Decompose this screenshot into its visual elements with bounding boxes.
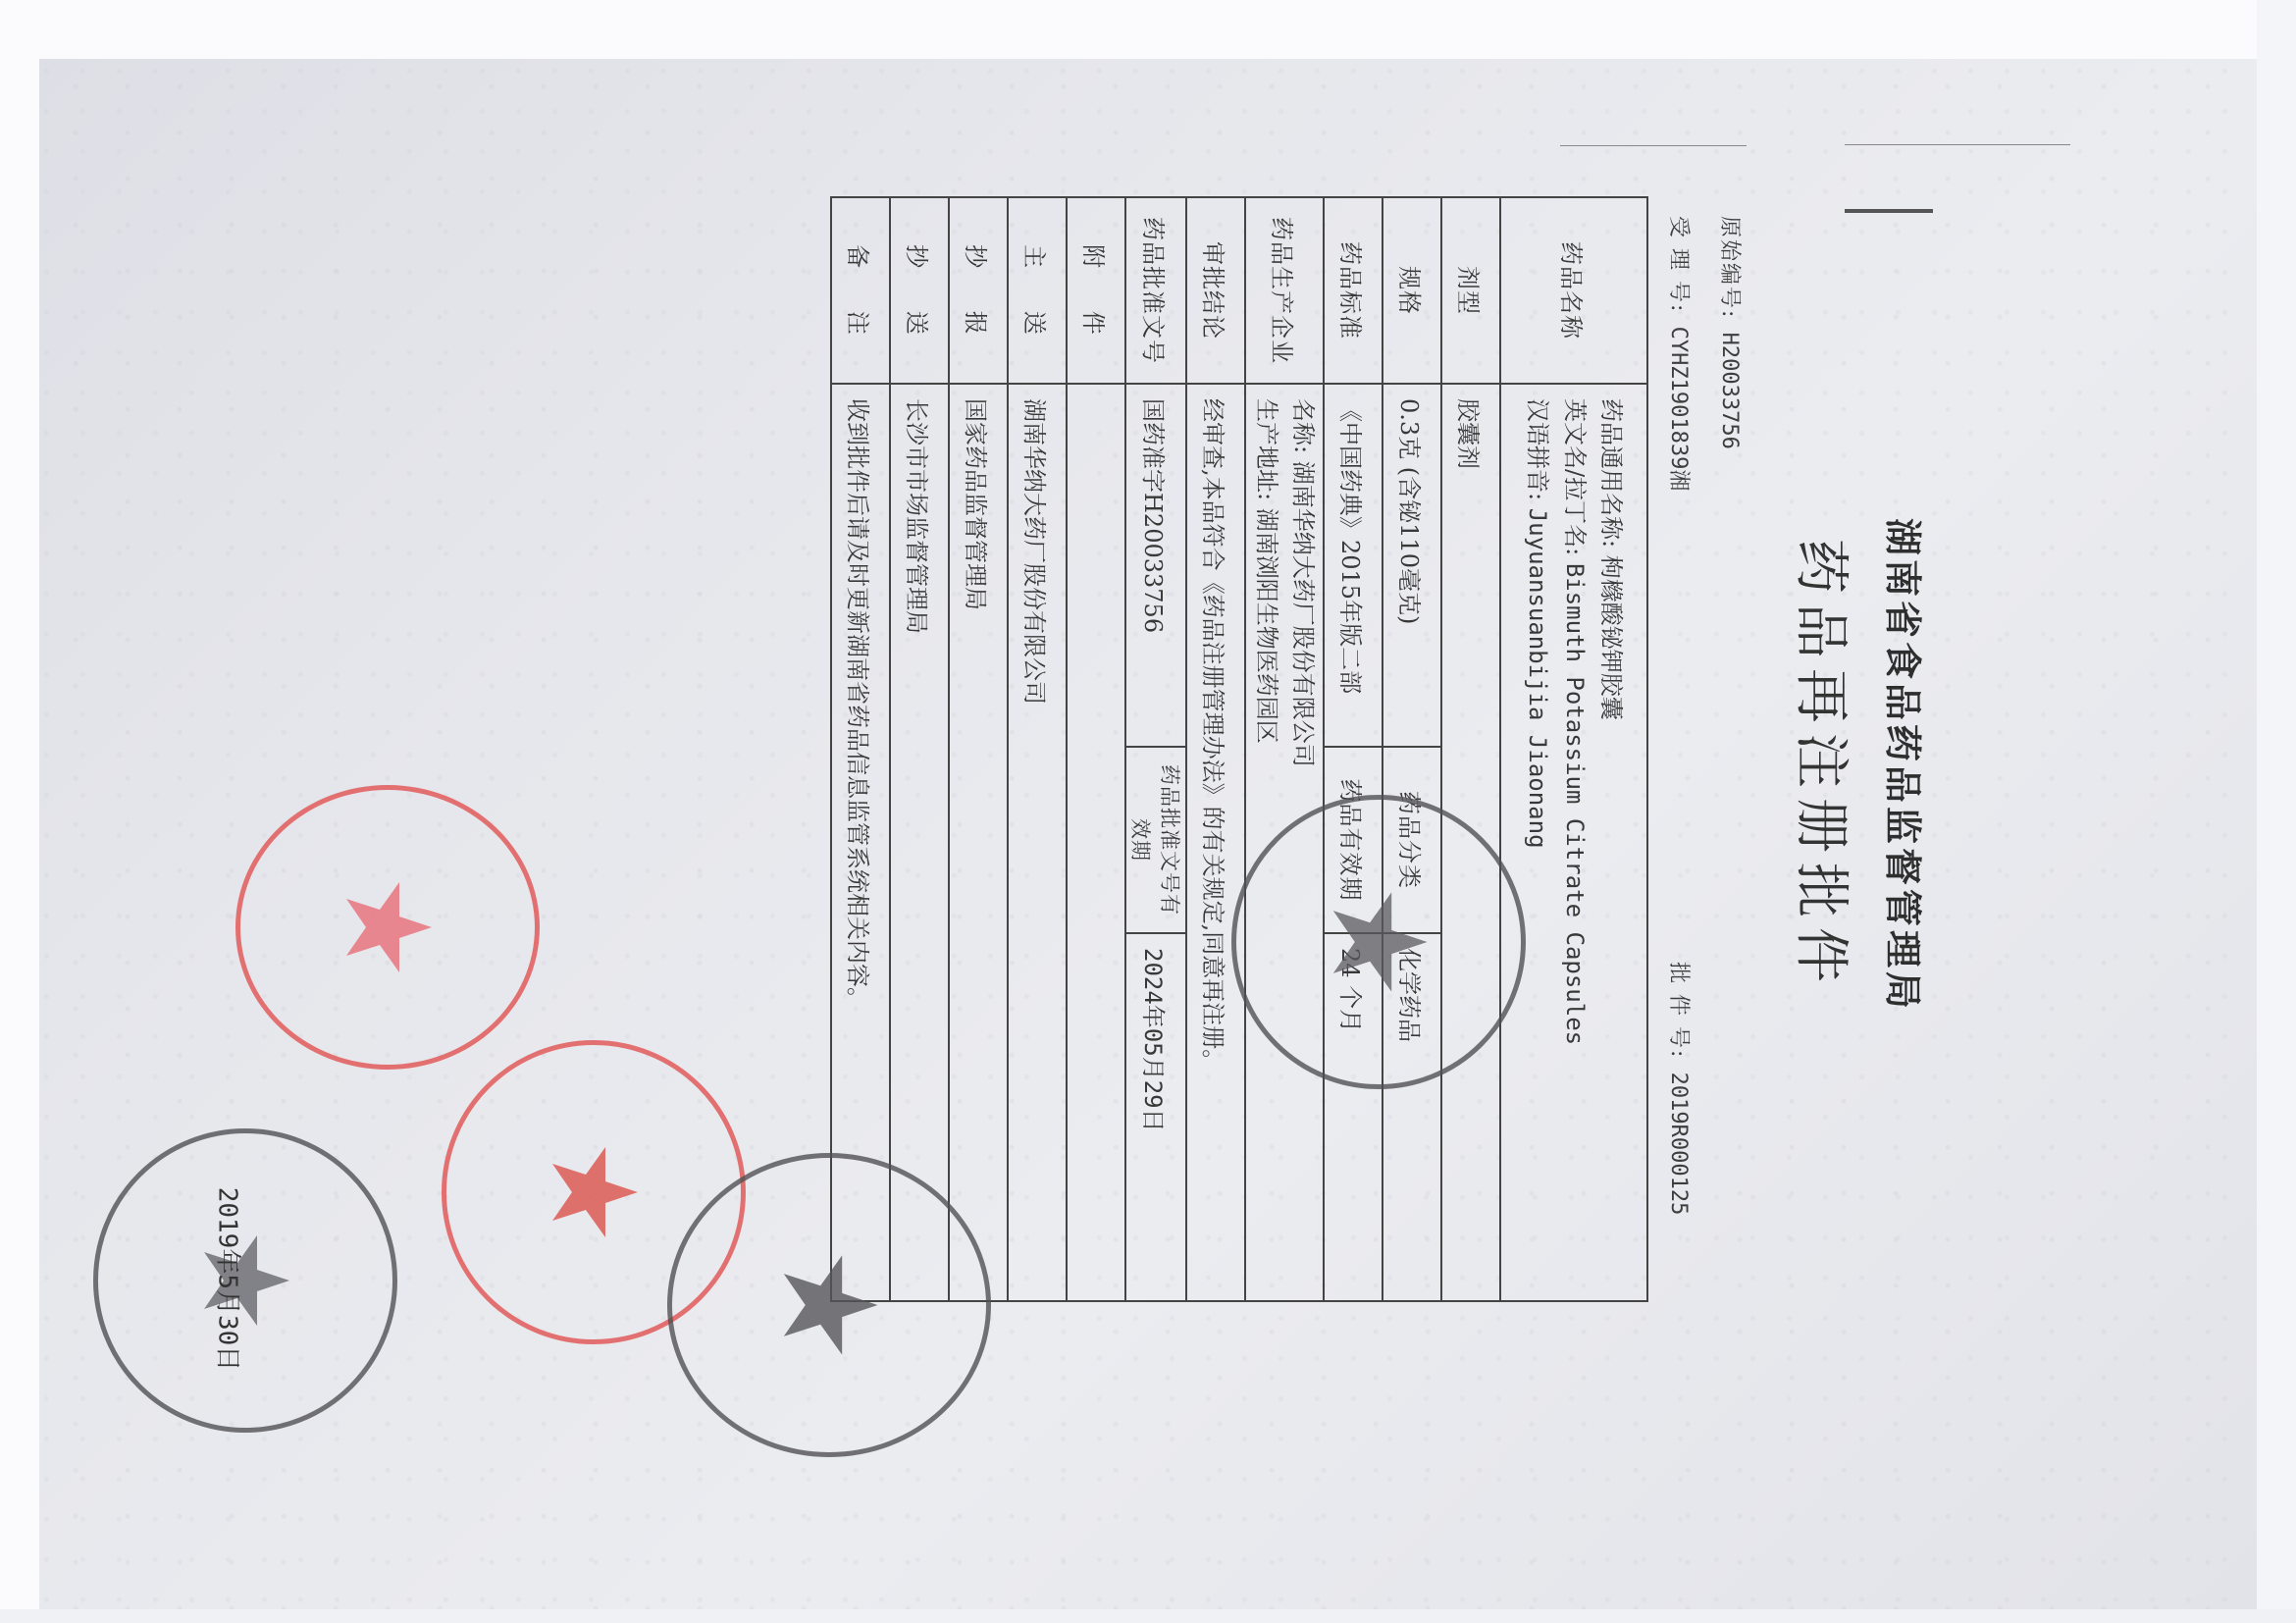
generic-name-value: 枸橼酸铋钾胶囊 <box>1597 555 1625 720</box>
acceptance-number: 受 理 号: CYHZ1901839湘 <box>1665 216 1696 491</box>
table-row-drug-name: 药品名称 药品通用名称: 枸橼酸铋钾胶囊 英文名/拉丁名: Bismuth Po… <box>1500 197 1647 1301</box>
conclusion-label: 审批结论 <box>1186 197 1245 384</box>
scanner-edge-right <box>2257 0 2296 1623</box>
pinyin-value: Juyuansuanbijia Jiaonang <box>1524 508 1551 849</box>
copy-to-value: 长沙市市场监督管理局 <box>890 384 949 1301</box>
drug-category-label: 药品分类 <box>1383 747 1441 933</box>
generic-name-label: 药品通用名称: <box>1597 398 1625 548</box>
drug-category-value: 化学药品 <box>1383 933 1441 1301</box>
conclusion-value: 经审查,本品符合《药品注册管理办法》的有关规定,同意再注册。 <box>1186 384 1245 1301</box>
main-recipient-label: 主 送 <box>1008 197 1067 384</box>
original-number-value: H20033756 <box>1717 333 1742 449</box>
scanner-edge-bottom <box>0 1609 2296 1623</box>
manufacturer-cell: 名称: 湖南华纳大药厂股份有限公司 生产地址: 湖南浏阳生物医药园区 <box>1245 384 1324 1301</box>
approval-number-value: 2019R000125 <box>1666 1073 1691 1216</box>
manufacturer-address-label: 生产地址: <box>1253 398 1280 500</box>
table-row-approval-doc: 药品批准文号 国药准字H20033756 药品批准文号有效期 2024年05月2… <box>1125 197 1186 1301</box>
original-number: 原始编号: H20033756 <box>1716 216 1747 449</box>
manufacturer-address: 生产地址: 湖南浏阳生物医药园区 <box>1248 398 1284 1286</box>
spec-label: 规格 <box>1383 197 1441 384</box>
manufacturer-name-value: 湖南华纳大药厂股份有限公司 <box>1289 461 1317 767</box>
manufacturer-label: 药品生产企业 <box>1245 197 1324 384</box>
dosage-form-label: 剂型 <box>1441 197 1500 384</box>
table-row-report-to: 抄 报 国家药品监督管理局 <box>949 197 1008 1301</box>
original-number-label: 原始编号: <box>1717 216 1742 319</box>
table-row-attachment: 附 件 <box>1067 197 1125 1301</box>
approval-number-label: 批 件 号: <box>1666 962 1691 1059</box>
acceptance-number-value: CYHZ1901839湘 <box>1666 327 1691 492</box>
table-row-standard: 药品标准 《中国药典》2015年版二部 药品有效期 24 个月 <box>1324 197 1383 1301</box>
remarks-label: 备 注 <box>831 197 890 384</box>
manufacturer-name: 名称: 湖南华纳大药厂股份有限公司 <box>1284 398 1321 1286</box>
acceptance-number-label: 受 理 号: <box>1666 216 1691 313</box>
validity-value: 24 个月 <box>1324 933 1383 1301</box>
document-title: 药品再注册批件 <box>1786 79 1864 1452</box>
issuer-heading: 湖南省食品药品监督管理局 <box>1879 79 1933 1452</box>
remarks-value: 收到批件后请及时更新湖南省药品信息监管系统相关内容。 <box>831 384 890 1301</box>
approval-doc-value: 国药准字H20033756 <box>1125 384 1186 747</box>
table-row-conclusion: 审批结论 经审查,本品符合《药品注册管理办法》的有关规定,同意再注册。 <box>1186 197 1245 1301</box>
table-row-main-recipient: 主 送 湖南华纳大药厂股份有限公司 <box>1008 197 1067 1301</box>
table-row-manufacturer: 药品生产企业 名称: 湖南华纳大药厂股份有限公司 生产地址: 湖南浏阳生物医药园… <box>1245 197 1324 1301</box>
standard-label: 药品标准 <box>1324 197 1383 384</box>
english-name-label: 英文名/拉丁名: <box>1561 398 1589 555</box>
standard-value: 《中国药典》2015年版二部 <box>1324 384 1383 747</box>
approval-doc-label: 药品批准文号 <box>1125 197 1186 384</box>
table-row-spec: 规格 0.3克 (含铋110毫克) 药品分类 化学药品 <box>1383 197 1441 1301</box>
approval-table: 药品名称 药品通用名称: 枸橼酸铋钾胶囊 英文名/拉丁名: Bismuth Po… <box>830 196 1648 1302</box>
attachment-value <box>1067 384 1125 1301</box>
english-name: 英文名/拉丁名: Bismuth Potassium Citrate Capsu… <box>1555 398 1592 1286</box>
table-row-remarks: 备 注 收到批件后请及时更新湖南省药品信息监管系统相关内容。 <box>831 197 890 1301</box>
drug-name-cell: 药品通用名称: 枸橼酸铋钾胶囊 英文名/拉丁名: Bismuth Potassi… <box>1500 384 1647 1301</box>
copy-to-label: 抄 送 <box>890 197 949 384</box>
table-row-copy-to: 抄 送 长沙市市场监督管理局 <box>890 197 949 1301</box>
manufacturer-name-label: 名称: <box>1289 398 1317 453</box>
approval-doc-validity-label: 药品批准文号有效期 <box>1125 747 1186 933</box>
validity-label: 药品有效期 <box>1324 747 1383 933</box>
main-recipient-value: 湖南华纳大药厂股份有限公司 <box>1008 384 1067 1301</box>
report-to-label: 抄 报 <box>949 197 1008 384</box>
pinyin-name: 汉语拼音: Juyuansuanbijia Jiaonang <box>1519 398 1555 1286</box>
drug-name-label: 药品名称 <box>1500 197 1647 384</box>
approval-number: 批 件 号: 2019R000125 <box>1665 962 1696 1215</box>
approval-doc-validity-value: 2024年05月29日 <box>1125 933 1186 1301</box>
report-to-value: 国家药品监督管理局 <box>949 384 1008 1301</box>
pinyin-label: 汉语拼音: <box>1524 398 1551 500</box>
generic-name: 药品通用名称: 枸橼酸铋钾胶囊 <box>1592 398 1629 1286</box>
english-name-value: Bismuth Potassium Citrate Capsules <box>1561 563 1589 1045</box>
document-page: 湖南省食品药品监督管理局 药品再注册批件 原始编号: H20033756 受 理… <box>177 79 2070 1452</box>
spec-value: 0.3克 (含铋110毫克) <box>1383 384 1441 747</box>
table-row-dosage-form: 剂型 胶囊剂 <box>1441 197 1500 1301</box>
attachment-label: 附 件 <box>1067 197 1125 384</box>
dosage-form-value: 胶囊剂 <box>1441 384 1500 1301</box>
manufacturer-address-value: 湖南浏阳生物医药园区 <box>1253 508 1280 744</box>
